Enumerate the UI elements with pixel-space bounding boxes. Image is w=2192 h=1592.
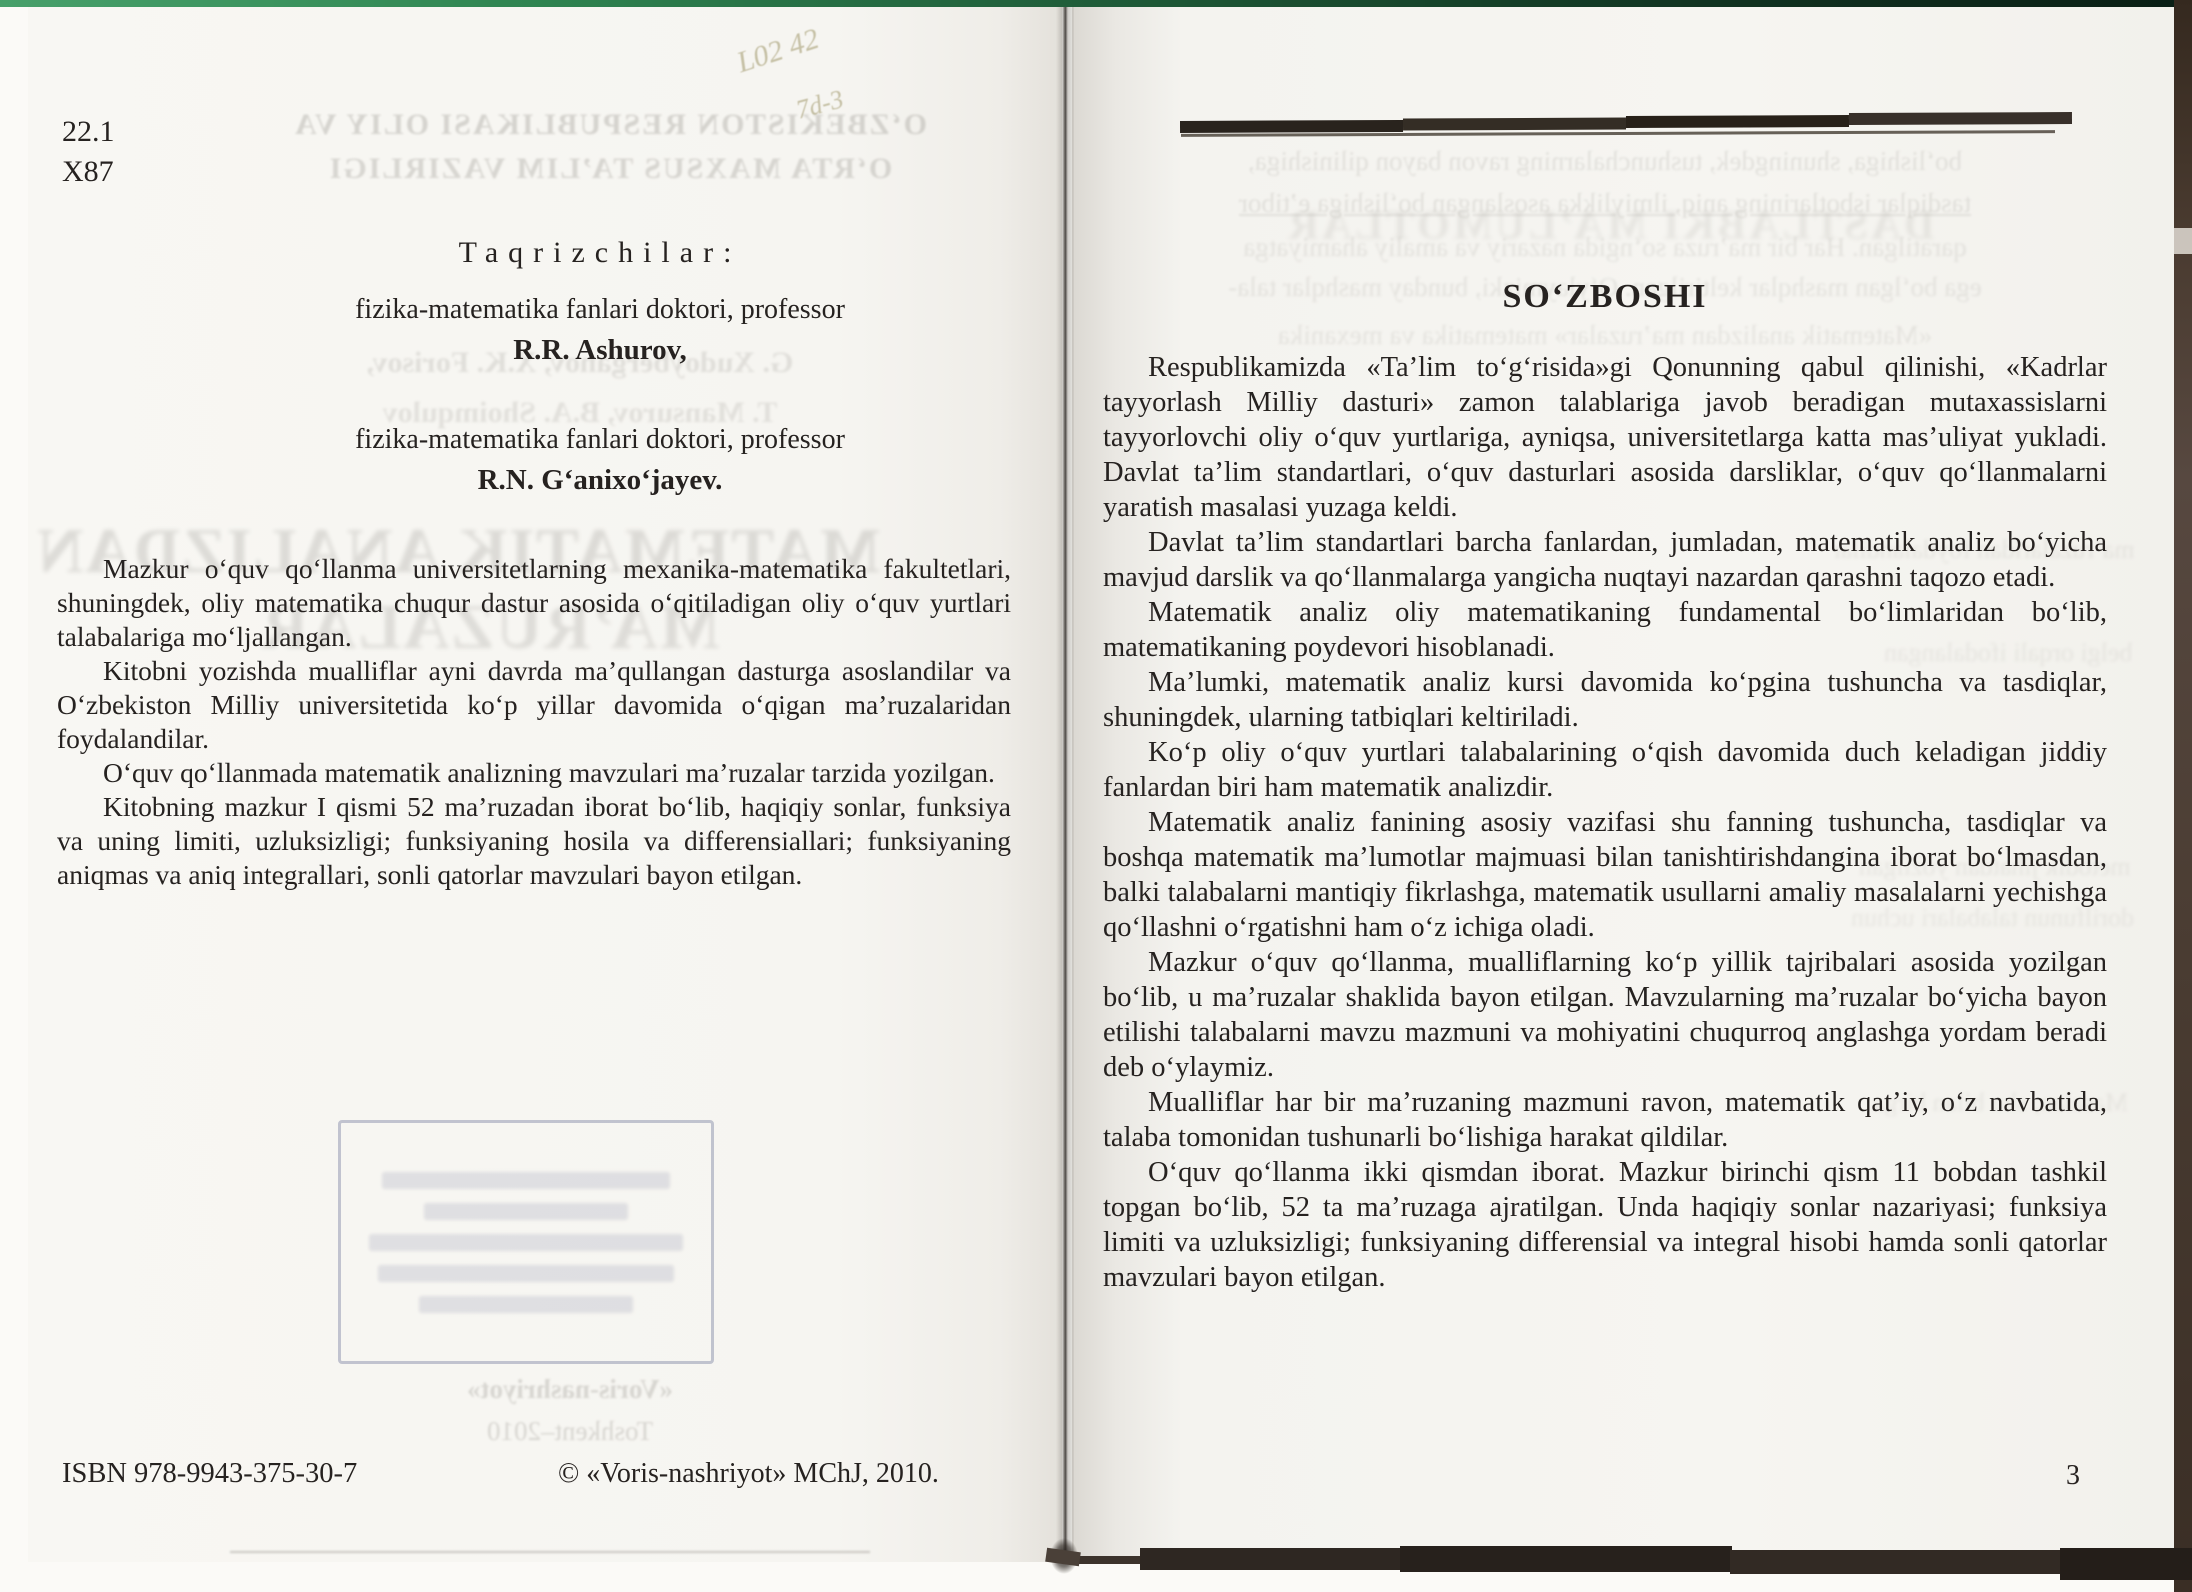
paragraph: Mazkur o‘quv qo‘llanma, mualliflarning k… [1103, 945, 2107, 1085]
scan-bottom-edge-segment [2060, 1548, 2192, 1580]
paragraph: Mazkur o‘quv qo‘llanma universitetlarnin… [57, 552, 1011, 654]
stamp-text-line [382, 1172, 671, 1189]
call-number-line1: 22.1 [62, 112, 115, 152]
scan-top-edge [0, 0, 2192, 7]
call-number-line2: X87 [62, 152, 115, 192]
library-stamp [338, 1120, 714, 1364]
call-number: 22.1 X87 [62, 112, 115, 192]
scan-bottom-edge-segment [1730, 1550, 2062, 1574]
reviewers-heading: Taqrizchilar: [180, 236, 1020, 270]
stamp-text-line [419, 1296, 634, 1313]
isbn-text: ISBN 978-9943-375-30-7 [62, 1458, 357, 1490]
cover-edge-notch [2174, 228, 2192, 254]
paragraph: O‘quv qo‘llanma ikki qismdan iborat. Maz… [1103, 1155, 2107, 1295]
stamp-text-line [424, 1203, 628, 1220]
reviewer1-title: fizika-matematika fanlari doktori, profe… [180, 294, 1020, 326]
page-number: 3 [2066, 1460, 2080, 1492]
paragraph: Davlat ta’lim standartlari barcha fanlar… [1103, 525, 2107, 595]
paragraph: Ma’lumki, matematik analiz kursi davomid… [1103, 665, 2107, 735]
paragraph: Ko‘p oliy o‘quv yurtlari talabalarining … [1103, 735, 2107, 805]
reviewer1-name: R.R. Ashurov, [180, 334, 1020, 367]
book-gutter [1056, 7, 1074, 1562]
reviewer2-title: fizika-matematika fanlari doktori, profe… [180, 424, 1020, 456]
paragraph: Mualliflar har bir ma’ruzaning mazmuni r… [1103, 1085, 2107, 1155]
paragraph: Respublikamizda «Ta’lim to‘g‘risida»gi Q… [1103, 350, 2107, 525]
copyright-text: © «Voris-nashriyot» MChJ, 2010. [558, 1458, 939, 1490]
book-scan-spread: O‘ZBEKISTON RESPUBLIKASI OLIY VA O‘RTA M… [0, 0, 2192, 1592]
left-page-body: Mazkur o‘quv qo‘llanma universitetlarnin… [57, 552, 1011, 892]
paragraph: Matematik analiz oliy matematikaning fun… [1103, 595, 2107, 665]
paragraph: Kitobni yozishda mualliflar ayni davrda … [57, 654, 1011, 756]
reviewer2-name: R.N. G‘anixo‘jayev. [180, 464, 1020, 497]
scan-bottom-edge-segment [1400, 1546, 1732, 1572]
stamp-text-line [378, 1265, 674, 1282]
stamp-text-line [369, 1234, 684, 1251]
paragraph: Matematik analiz fanining asosiy vazifas… [1103, 805, 2107, 945]
preface-title: SO‘ZBOSHI [1105, 278, 2105, 316]
right-page-body: Respublikamizda «Ta’lim to‘g‘risida»gi Q… [1103, 350, 2107, 1295]
paragraph: Kitobning mazkur I qismi 52 ma’ruzadan i… [57, 790, 1011, 892]
scan-bottom-edge-segment [1140, 1548, 1402, 1570]
paragraph: O‘quv qo‘llanmada matematik analizning m… [57, 756, 1011, 790]
left-page-bottom-edge [230, 1551, 870, 1553]
